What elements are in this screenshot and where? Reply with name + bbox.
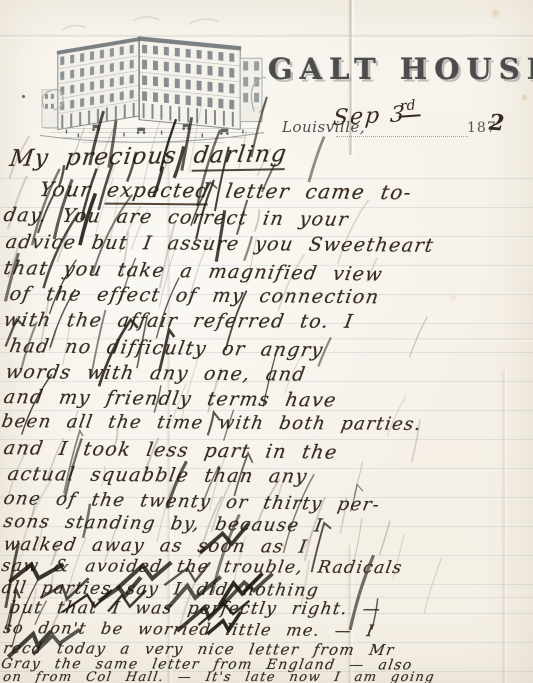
handwriting-line: My precious darling xyxy=(8,141,289,172)
handwriting-line: had no difficulty or angry xyxy=(8,335,325,361)
handwriting-line: walked away as soon as I xyxy=(2,534,309,558)
handwriting-line: but that I was perfectly right. — xyxy=(8,598,383,619)
handwriting-line: been all the time with both parties. xyxy=(0,411,424,435)
handwriting-line: and I took less part in the xyxy=(2,437,340,464)
handwriting-line: Your expected letter came to- xyxy=(38,177,414,204)
handwriting-line: of the effect of my connection xyxy=(8,283,381,308)
handwriting-line: words with any one, and xyxy=(4,361,308,386)
handwriting-line: sons standing by, because I xyxy=(2,511,325,536)
handwriting-line: day. You are correct in your xyxy=(2,204,351,231)
handwriting-line: and my friendly terms have xyxy=(2,386,339,411)
handwriting-line: saw & avoided the trouble, Radicals xyxy=(0,556,404,578)
handwriting-line: advice but I assure you Sweetheart xyxy=(4,231,436,257)
handwriting-line: on from Col Hall. — It's late now I am g… xyxy=(2,670,436,683)
letter-body: My precious darlingYour expected letter … xyxy=(0,0,533,683)
handwriting-line: so don't be worried little me. — I xyxy=(2,618,376,640)
handwriting-line: that you take a magnified view xyxy=(2,257,385,286)
handwriting-line: actual squabble than any xyxy=(6,463,309,488)
letter-scan: GALT HOUSE. Louisville, Sep 3 rd 187 2 M… xyxy=(0,0,533,683)
handwriting-line: with the affair referred to. I xyxy=(2,309,355,333)
